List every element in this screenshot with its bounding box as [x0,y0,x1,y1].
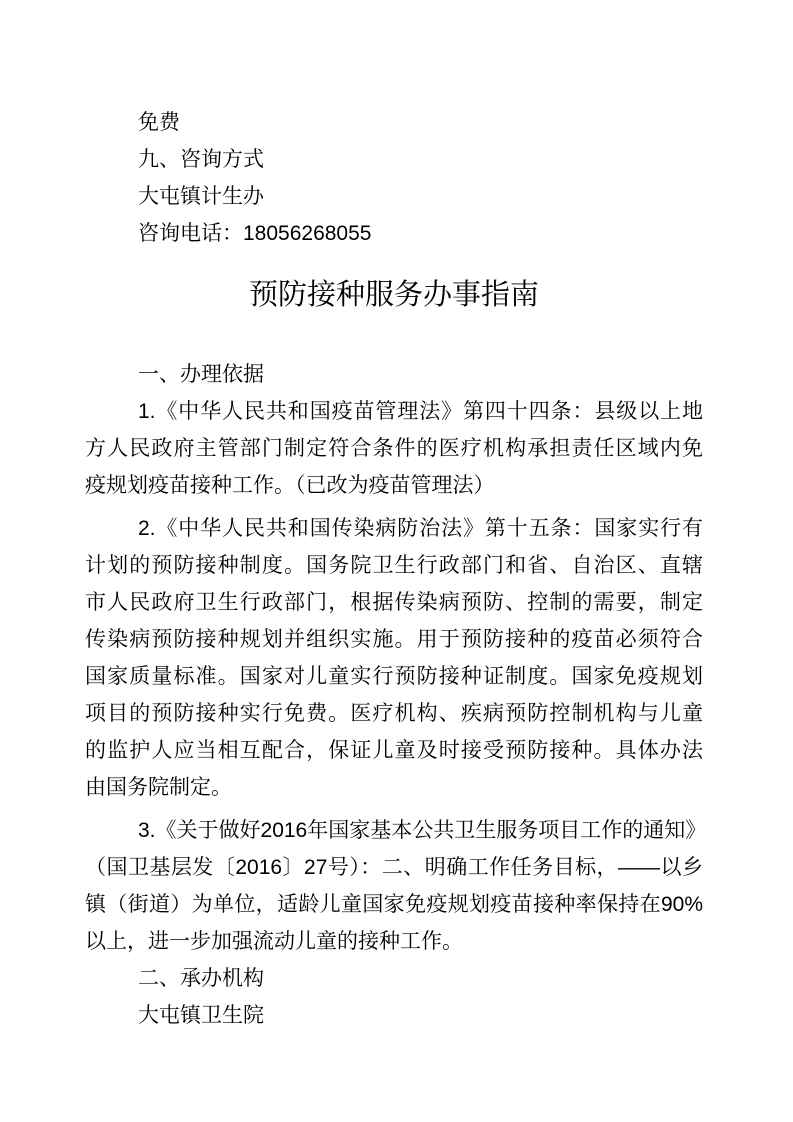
section-heading: 二、承办机构 [85,960,703,997]
text-line: 传染病预防接种规划并组织实施。用于预防接种的疫苗必须符合 [85,621,703,658]
text-line: 九、咨询方式 [85,141,703,178]
paragraph: 免费 [85,104,703,141]
text-line: 市人民政府卫生行政部门，根据传染病预防、控制的需要，制定 [85,584,703,621]
text-line: 免费 [85,104,703,141]
text-line: 疫规划疫苗接种工作。（已改为疫苗管理法） [85,467,703,504]
paragraph: 咨询电话：18056268055 [85,215,703,252]
document-title: 预防接种服务办事指南 [85,274,703,316]
text-line: 大屯镇卫生院 [85,997,703,1034]
text-line: 2.《中华人民共和国传染病防治法》第十五条：国家实行有 [85,510,703,547]
text-line: 方人民政府主管部门制定符合条件的医疗机构承担责任区域内免 [85,430,703,467]
text-line: （国卫基层发〔2016〕27号）：二、明确工作任务目标，——以乡 [85,849,703,886]
text-line: 以上，进一步加强流动儿童的接种工作。 [85,923,703,960]
text-line: 计划的预防接种制度。国务院卫生行政部门和省、自治区、直辖 [85,547,703,584]
section-heading: 一、办理依据 [85,356,703,393]
text-line: 1.《中华人民共和国疫苗管理法》第四十四条：县级以上地 [85,393,703,430]
paragraph: 1.《中华人民共和国疫苗管理法》第四十四条：县级以上地方人民政府主管部门制定符合… [85,393,703,504]
text-line: 的监护人应当相互配合，保证儿童及时接受预防接种。具体办法 [85,732,703,769]
paragraph: 大屯镇计生办 [85,178,703,215]
text-line: 项目的预防接种实行免费。医疗机构、疾病预防控制机构与儿童 [85,695,703,732]
paragraph: 2.《中华人民共和国传染病防治法》第十五条：国家实行有计划的预防接种制度。国务院… [85,510,703,806]
paragraph: 九、咨询方式 [85,141,703,178]
document-content: 免费九、咨询方式大屯镇计生办咨询电话：18056268055预防接种服务办事指南… [85,104,703,1034]
text-line: 镇（街道）为单位，适龄儿童国家免疫规划疫苗接种率保持在90% [85,886,703,923]
text-line: 国家质量标准。国家对儿童实行预防接种证制度。国家免疫规划 [85,658,703,695]
paragraph: 大屯镇卫生院 [85,997,703,1034]
text-line: 咨询电话：18056268055 [85,215,703,252]
text-line: 一、办理依据 [85,356,703,393]
document-page: 免费九、咨询方式大屯镇计生办咨询电话：18056268055预防接种服务办事指南… [0,0,793,1122]
text-line: 3.《关于做好2016年国家基本公共卫生服务项目工作的通知》 [85,812,703,849]
text-line: 二、承办机构 [85,960,703,997]
paragraph: 3.《关于做好2016年国家基本公共卫生服务项目工作的通知》（国卫基层发〔201… [85,812,703,960]
text-line: 大屯镇计生办 [85,178,703,215]
text-line: 由国务院制定。 [85,769,703,806]
